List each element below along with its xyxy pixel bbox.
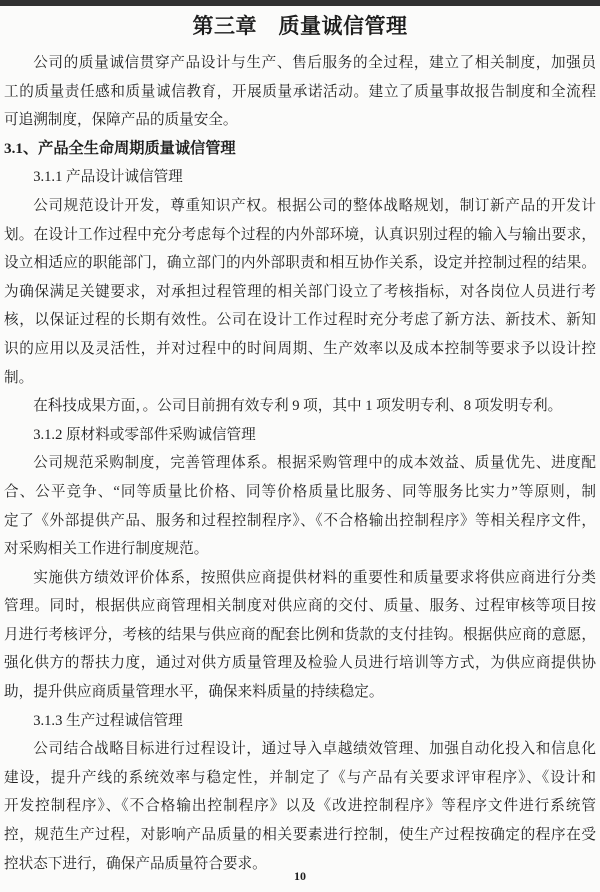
text-line: 制。 — [4, 364, 596, 393]
text-line: 公司的质量诚信贯穿产品设计与生产、售后服务的全过程，建立了相关制度，加强员 — [4, 49, 596, 78]
scan-artifact-top-bar — [0, 0, 600, 6]
text-line: 实施供方绩效评价体系，按照供应商提供材料的重要性和质量要求将供应商进行分类 — [4, 564, 596, 593]
text-line: 识的应用以及灵活性，并对过程中的时间周期、生产效率以及成本控制等要求予以设计控 — [4, 335, 596, 364]
text-line: 管理。同时，根据供应商管理相关制度对供应商的交付、质量、服务、过程审核等项目按 — [4, 592, 596, 621]
text-line: 对采购相关工作进行制度规范。 — [4, 535, 596, 564]
subsection-heading-3-1-1: 3.1.1 产品设计诚信管理 — [4, 163, 596, 192]
text-line: 核，以保证过程的长期有效性。公司在设计工作过程时充分考虑了新方法、新技术、新知 — [4, 306, 596, 335]
document-body: 公司的质量诚信贯穿产品设计与生产、售后服务的全过程，建立了相关制度，加强员 工的… — [4, 49, 596, 878]
text-line: 工的质量责任感和质量诚信教育，开展质量承诺活动。建立了质量事故报告制度和全流程 — [4, 78, 596, 107]
text-line: 公司结合战略目标进行过程设计，通过导入卓越绩效管理、加强自动化投入和信息化 — [4, 735, 596, 764]
text-line: 定了《外部提供产品、服务和过程控制程序》、《不合格输出控制程序》等相关程序文件， — [4, 507, 596, 536]
text-line: 助，提升供应商质量管理水平，确保来料质量的持续稳定。 — [4, 678, 596, 707]
text-line: 月进行考核评分，考核的结果与供应商的配套比例和货款的支付挂钩。根据供应商的意愿， — [4, 621, 596, 650]
subsection-heading-3-1-2: 3.1.2 原材料或零部件采购诚信管理 — [4, 421, 596, 450]
text-line: 在科技成果方面，。公司目前拥有效专利 9 项，其中 1 项发明专利、8 项发明专… — [4, 392, 596, 421]
text-line: 为确保满足关键要求，对承担过程管理的相关部门设立了考核指标，对各岗位人员进行考 — [4, 278, 596, 307]
chapter-title: 第三章 质量诚信管理 — [0, 10, 600, 42]
page-number: 10 — [0, 868, 600, 884]
text-line: 建设，提升产线的系统效率与稳定性，并制定了《与产品有关要求评审程序》、《设计和 — [4, 764, 596, 793]
text-line: 公司规范设计开发，尊重知识产权。根据公司的整体战略规划，制订新产品的开发计 — [4, 192, 596, 221]
section-heading-3-1: 3.1、产品全生命周期质量诚信管理 — [4, 135, 596, 164]
text-line: 控，规范生产过程，对影响产品质量的相关要素进行控制，使生产过程按确定的程序在受 — [4, 821, 596, 850]
text-line: 开发控制程序》、《不合格输出控制程序》以及《改进控制程序》等程序文件进行系统管 — [4, 792, 596, 821]
subsection-heading-3-1-3: 3.1.3 生产过程诚信管理 — [4, 707, 596, 736]
text-line: 设立相适应的职能部门，确立部门的内外部职责和相互协作关系，设定并控制过程的结果。 — [4, 249, 596, 278]
text-line: 可追溯制度，保障产品的质量安全。 — [4, 106, 596, 135]
text-line: 强化供方的帮扶力度，通过对供方质量管理及检验人员进行培训等方式，为供应商提供协 — [4, 649, 596, 678]
text-line: 合、公平竞争、“同等质量比价格、同等价格质量比服务、同等服务比实力”等原则，制 — [4, 478, 596, 507]
text-line: 公司规范采购制度，完善管理体系。根据采购管理中的成本效益、质量优先、进度配 — [4, 449, 596, 478]
text-line: 划。在设计工作过程中充分考虑每个过程的内外部环境，认真识别过程的输入与输出要求， — [4, 221, 596, 250]
